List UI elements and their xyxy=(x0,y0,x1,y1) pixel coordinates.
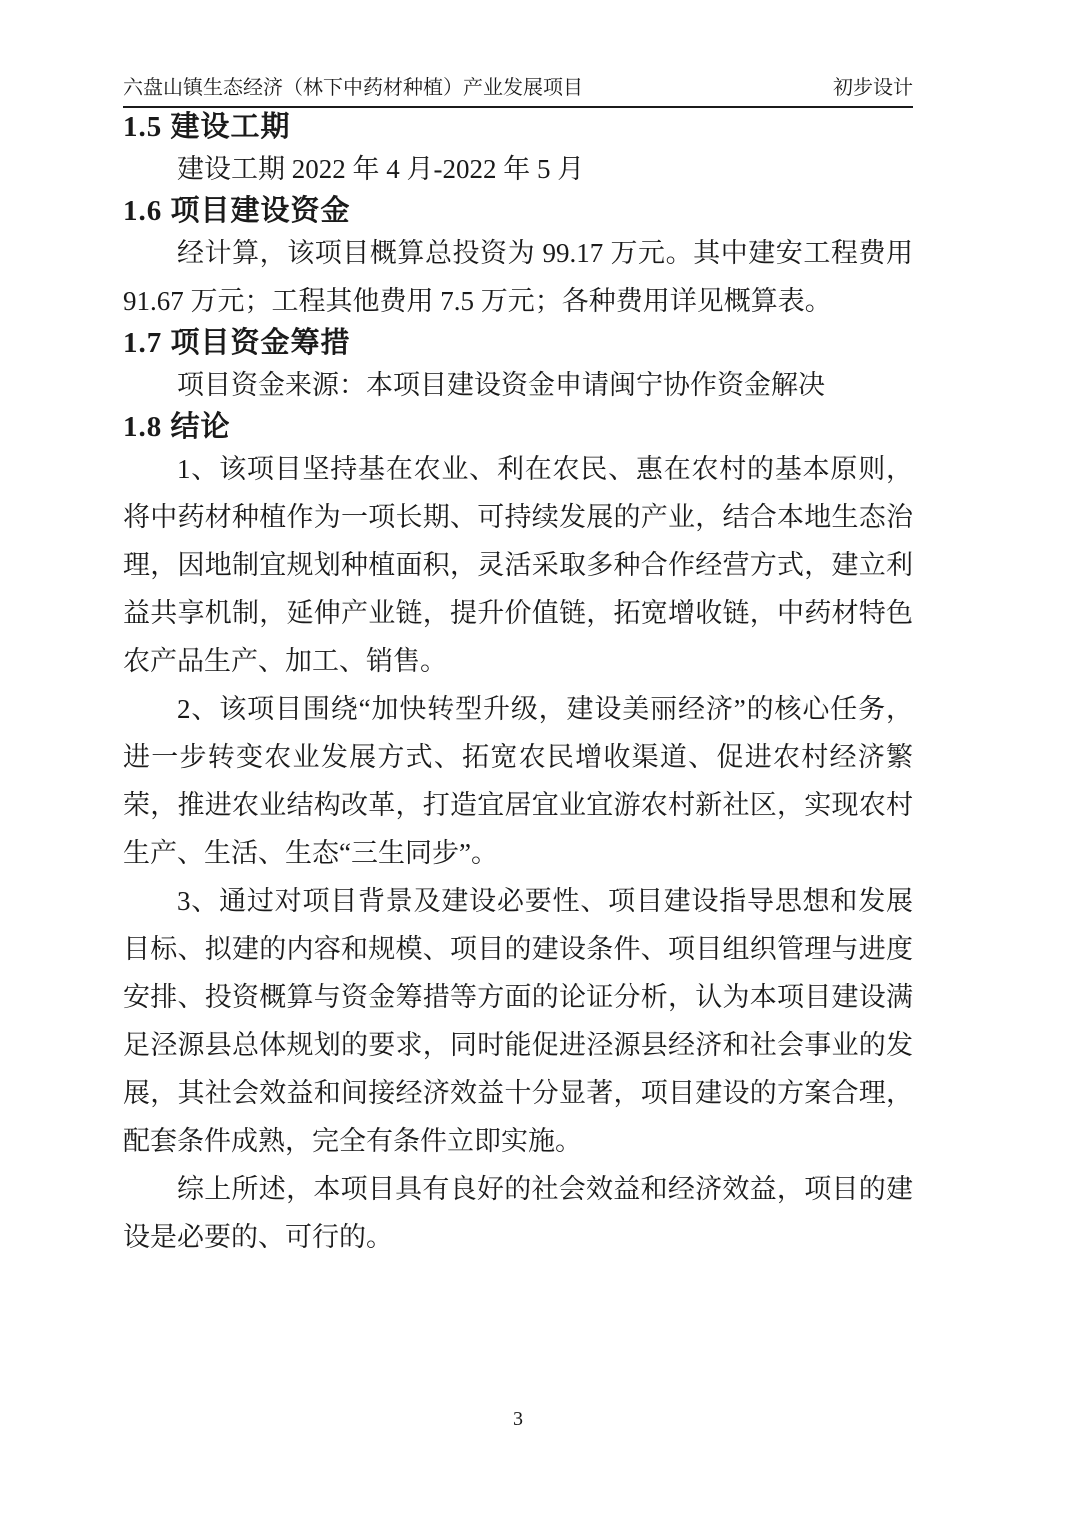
section-1-7-paragraph: 项目资金来源：本项目建设资金申请闽宁协作资金解决 xyxy=(123,361,913,409)
section-heading-1-6: 1.6 项目建设资金 xyxy=(123,193,913,229)
section-heading-1-5: 1.5 建设工期 xyxy=(123,109,913,145)
page-number: 3 xyxy=(123,1406,913,1432)
section-1-6-paragraph: 经计算，该项目概算总投资为 99.17 万元。其中建安工程费用 91.67 万元… xyxy=(123,229,913,325)
header-project-title: 六盘山镇生态经济（林下中药材种植）产业发展项目 xyxy=(123,75,583,101)
conclusion-paragraph-4: 综上所述，本项目具有良好的社会效益和经济效益，项目的建设是必要的、可行的。 xyxy=(123,1165,913,1261)
section-heading-1-8: 1.8 结论 xyxy=(123,409,913,445)
page-header: 六盘山镇生态经济（林下中药材种植）产业发展项目 初步设计 xyxy=(123,75,913,108)
conclusion-paragraph-2: 2、该项目围绕“加快转型升级，建设美丽经济”的核心任务，进一步转变农业发展方式、… xyxy=(123,685,913,877)
document-body: 1.5 建设工期 建设工期 2022 年 4 月-2022 年 5 月 1.6 … xyxy=(123,109,913,1261)
conclusion-paragraph-3: 3、通过对项目背景及建设必要性、项目建设指导思想和发展目标、拟建的内容和规模、项… xyxy=(123,877,913,1165)
conclusion-paragraph-1: 1、该项目坚持基在农业、利在农民、惠在农村的基本原则，将中药材种植作为一项长期、… xyxy=(123,445,913,685)
section-1-5-paragraph: 建设工期 2022 年 4 月-2022 年 5 月 xyxy=(123,145,913,193)
header-doc-type: 初步设计 xyxy=(833,75,913,101)
section-heading-1-7: 1.7 项目资金筹措 xyxy=(123,325,913,361)
document-page: 六盘山镇生态经济（林下中药材种植）产业发展项目 初步设计 1.5 建设工期 建设… xyxy=(0,0,1074,1520)
